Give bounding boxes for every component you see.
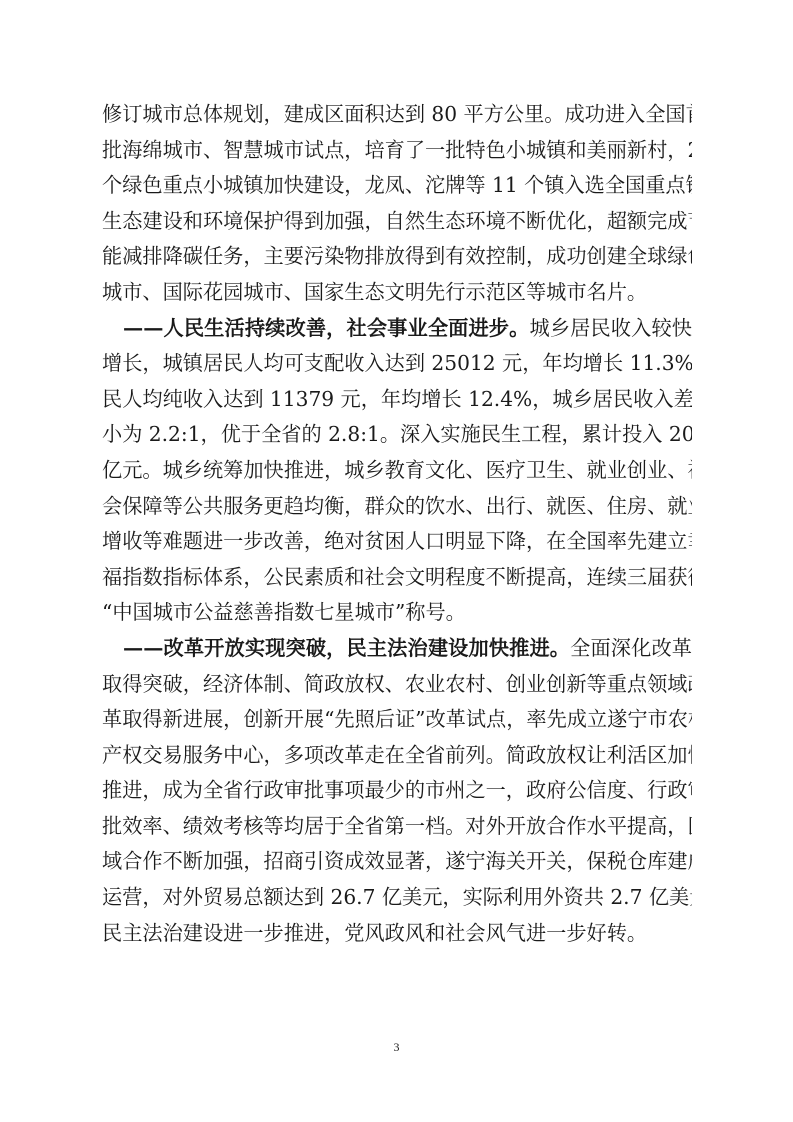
- page-number: 3: [0, 1040, 793, 1055]
- text-line: 个绿色重点小城镇加快建设，龙凤、沱牌等 11 个镇入选全国重点镇。: [102, 168, 692, 204]
- paragraph-urban-ecology: 修订城市总体规划，建成区面积达到 80 平方公里。成功进入全国首 批海绵城市、智…: [102, 97, 692, 311]
- text-line: 革取得新进展，创新开展“先照后证”改革试点，率先成立遂宁市农村: [102, 702, 692, 738]
- text-line: 运营，对外贸易总额达到 26.7 亿美元，实际利用外资共 2.7 亿美元。: [102, 880, 692, 916]
- text-line-first: ——改革开放实现突破，民主法治建设加快推进。全面深化改革: [102, 631, 692, 667]
- text-line: 亿元。城乡统筹加快推进，城乡教育文化、医疗卫生、就业创业、社: [102, 453, 692, 489]
- text-line: 批效率、绩效考核等均居于全省第一档。对外开放合作水平提高，区: [102, 809, 692, 845]
- text-line: “中国城市公益慈善指数七星城市”称号。: [102, 595, 692, 631]
- paragraph-reform-opening: ——改革开放实现突破，民主法治建设加快推进。全面深化改革 取得突破，经济体制、简…: [102, 631, 692, 951]
- paragraph-livelihood: ——人民生活持续改善，社会事业全面进步。城乡居民收入较快 增长，城镇居民人均可支…: [102, 311, 692, 631]
- text-span: 全面深化改革: [570, 636, 692, 660]
- text-line: 城市、国际花园城市、国家生态文明先行示范区等城市名片。: [102, 275, 692, 311]
- text-line: 取得突破，经济体制、简政放权、农业农村、创业创新等重点领域改: [102, 667, 692, 703]
- text-line: 能减排降碳任务，主要污染物排放得到有效控制，成功创建全球绿色: [102, 239, 692, 275]
- text-line: 生态建设和环境保护得到加强，自然生态环境不断优化，超额完成节: [102, 204, 692, 240]
- text-line: 增长，城镇居民人均可支配收入达到 25012 元，年均增长 11.3%，农: [102, 346, 692, 382]
- text-line: 域合作不断加强，招商引资成效显著，遂宁海关开关，保税仓库建成: [102, 844, 692, 880]
- text-line: 民人均纯收入达到 11379 元，年均增长 12.4%，城乡居民收入差距缩: [102, 382, 692, 418]
- text-line: 小为 2.2:1，优于全省的 2.8:1。深入实施民生工程，累计投入 200 余: [102, 417, 692, 453]
- document-page: 修订城市总体规划，建成区面积达到 80 平方公里。成功进入全国首 批海绵城市、智…: [102, 97, 692, 951]
- text-line: 福指数指标体系，公民素质和社会文明程度不断提高，连续三届获得: [102, 560, 692, 596]
- text-line: 批海绵城市、智慧城市试点，培育了一批特色小城镇和美丽新村，20: [102, 133, 692, 169]
- text-span: 城乡居民收入较快: [529, 316, 692, 340]
- section-heading: ——人民生活持续改善，社会事业全面进步。: [123, 316, 529, 340]
- text-line: 产权交易服务中心，多项改革走在全省前列。简政放权让利活区加快: [102, 738, 692, 774]
- text-line: 增收等难题进一步改善，绝对贫困人口明显下降，在全国率先建立幸: [102, 524, 692, 560]
- text-line-first: ——人民生活持续改善，社会事业全面进步。城乡居民收入较快: [102, 311, 692, 347]
- section-heading: ——改革开放实现突破，民主法治建设加快推进。: [123, 636, 570, 660]
- text-line: 修订城市总体规划，建成区面积达到 80 平方公里。成功进入全国首: [102, 97, 692, 133]
- text-line: 推进，成为全省行政审批事项最少的市州之一，政府公信度、行政审: [102, 773, 692, 809]
- text-line: 民主法治建设进一步推进，党风政风和社会风气进一步好转。: [102, 916, 692, 952]
- text-line: 会保障等公共服务更趋均衡，群众的饮水、出行、就医、住房、就业、: [102, 489, 692, 525]
